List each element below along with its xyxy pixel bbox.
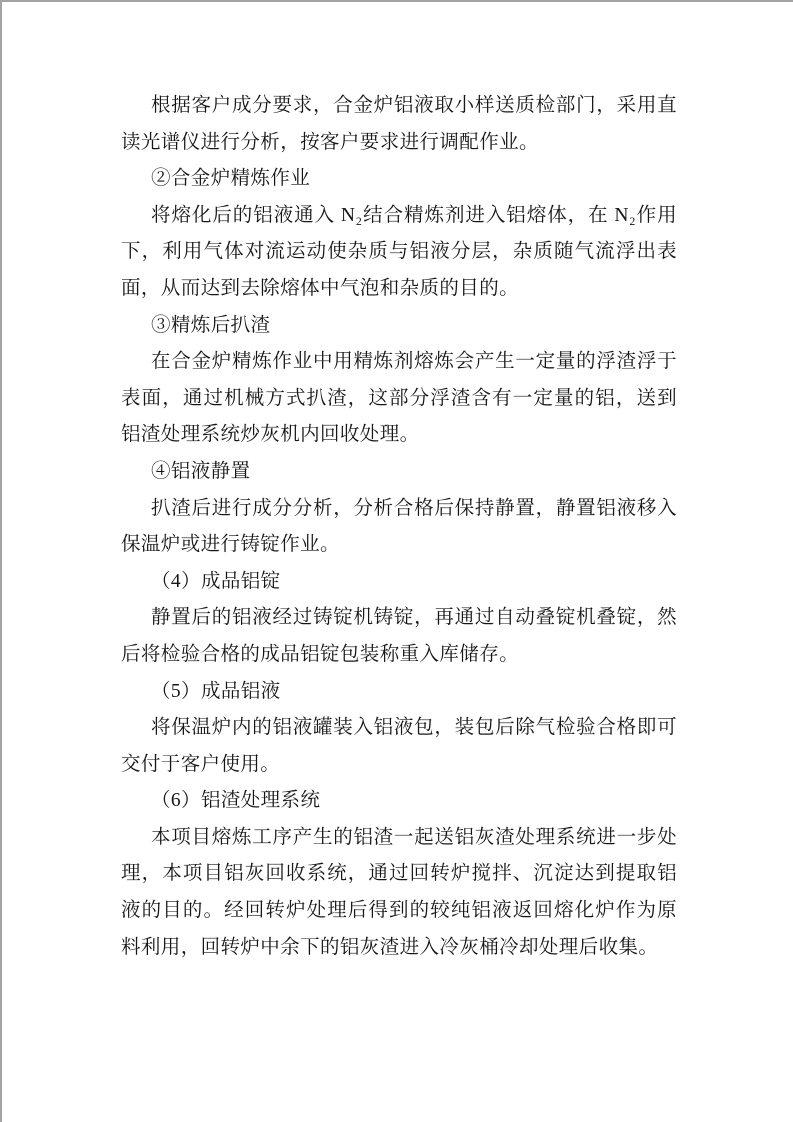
paragraph-liquid-delivery: 将保温炉内的铝液罐装入铝液包，装包后除气检验合格即可交付于客户使用。 [121,710,677,783]
paragraph-settling-analysis: 扒渣后进行成分分析，分析合格后保持静置，静置铝液移入保温炉或进行铸锭作业。 [121,491,677,564]
document-page: 根据客户成分要求，合金炉铝液取小样送质检部门，采用直读光谱仪进行分析，按客户要求… [0,0,793,1122]
document-text-block: 根据客户成分要求，合金炉铝液取小样送质检部门，采用直读光谱仪进行分析，按客户要求… [121,88,677,966]
section-heading-finished-liquid: （5）成品铝液 [121,674,677,711]
section-heading-liquid-settling: ④铝液静置 [121,454,677,491]
section-heading-slag-skimming: ③精炼后扒渣 [121,308,677,345]
paragraph-slag-recovery: 在合金炉精炼作业中用精炼剂熔炼会产生一定量的浮渣浮于表面，通过机械方式扒渣，这部… [121,344,677,454]
section-heading-slag-system: （6）铝渣处理系统 [121,783,677,820]
section-heading-alloy-refining: ②合金炉精炼作业 [121,161,677,198]
paragraph-melting-sampling: 根据客户成分要求，合金炉铝液取小样送质检部门，采用直读光谱仪进行分析，按客户要求… [121,88,677,161]
section-heading-finished-ingot: （4）成品铝锭 [121,564,677,601]
paragraph-nitrogen-refining: 将熔化后的铝液通入 N₂结合精炼剂进入铝熔体，在 N₂作用下，利用气体对流运动使… [121,198,677,308]
paragraph-ash-recovery: 本项目熔炼工序产生的铝渣一起送铝灰渣处理系统进一步处理，本项目铝灰回收系统，通过… [121,820,677,966]
paragraph-ingot-casting: 静置后的铝液经过铸锭机铸锭，再通过自动叠锭机叠锭，然后将检验合格的成品铝锭包装称… [121,600,677,673]
